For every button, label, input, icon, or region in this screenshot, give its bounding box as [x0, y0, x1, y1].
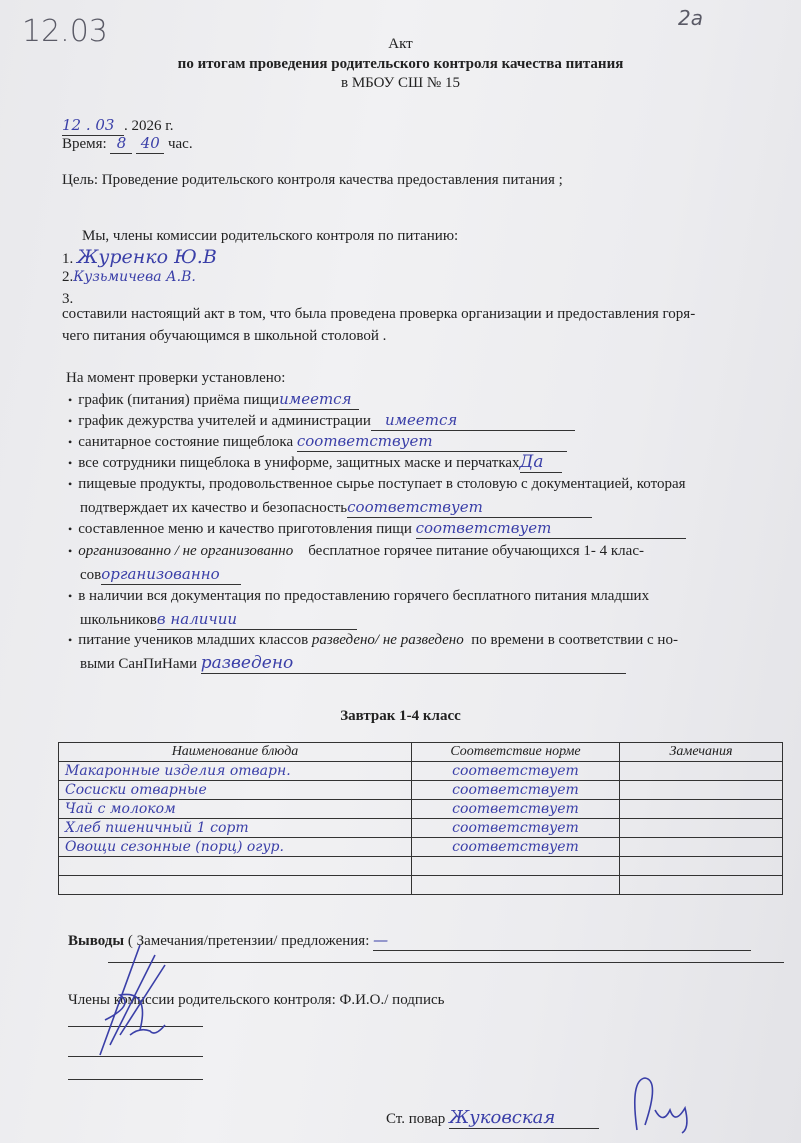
- conclusions-value: —: [373, 930, 751, 951]
- cook-signature: [625, 1070, 715, 1135]
- finding-separation: питание учеников младших классов разведе…: [68, 630, 678, 650]
- school-name: в МБОУ СШ № 15: [0, 75, 801, 92]
- cell-dish: Хлеб пшеничный 1 сорт: [59, 819, 412, 838]
- menu-table-title: Завтрак 1-4 класс: [0, 708, 801, 725]
- cell-rem: [620, 800, 783, 819]
- finding-uniform: все сотрудники пищеблока в униформе, защ…: [68, 452, 562, 473]
- table-row: Сосиски отварныесоответствует: [59, 781, 783, 800]
- member-2-name: Кузьмичева А.В.: [73, 269, 196, 285]
- col-header-dish: Наименование блюда: [59, 743, 412, 762]
- cell-rem: [620, 838, 783, 857]
- cell-comp: [412, 876, 620, 895]
- table-row: Макаронные изделия отварн.соответствует: [59, 762, 783, 781]
- cell-rem: [620, 819, 783, 838]
- cell-dish: Овощи сезонные (порц) огур.: [59, 838, 412, 857]
- finding-sanitary: санитарное состояние пищеблока соответст…: [68, 431, 567, 452]
- table-row: [59, 857, 783, 876]
- statement-line-2: чего питания обучающимся в школьной стол…: [62, 326, 386, 346]
- table-row: Хлеб пшеничный 1 сортсоответствует: [59, 819, 783, 838]
- finding-menu: составленное меню и качество приготовлен…: [68, 518, 686, 539]
- member-1: 1. Журенко Ю.В: [62, 247, 217, 269]
- finding-value: имеется: [279, 389, 359, 410]
- doc-title: Акт: [0, 36, 801, 53]
- date-year: . 2026 г.: [124, 118, 173, 134]
- finding-value: имеется: [371, 410, 575, 431]
- member-1-name: Журенко Ю.В: [77, 246, 217, 268]
- members-intro: Мы, члены комиссии родительского контрол…: [82, 226, 458, 246]
- time-hour: 8: [110, 133, 132, 154]
- finding-products: пищевые продукты, продовольственное сырь…: [68, 474, 686, 494]
- finding-value: Да: [520, 452, 562, 473]
- col-header-compliance: Соответствие норме: [412, 743, 620, 762]
- cell-dish: [59, 857, 412, 876]
- cell-comp: соответствует: [412, 838, 620, 857]
- table-row: [59, 876, 783, 895]
- finding-value: соответствует: [297, 431, 567, 452]
- finding-value: соответствует: [347, 497, 592, 518]
- cell-rem: [620, 857, 783, 876]
- finding-separation-cont: выми СанПиНами разведено: [80, 653, 626, 674]
- cell-comp: соответствует: [412, 800, 620, 819]
- cell-dish: Сосиски отварные: [59, 781, 412, 800]
- signature-line-3: [68, 1078, 203, 1080]
- cook-name: Жуковская: [449, 1108, 599, 1129]
- cook-line: Ст. повар Жуковская: [386, 1108, 599, 1129]
- finding-value: организованно: [101, 564, 241, 585]
- finding-documentation: в наличии вся документация по предоставл…: [68, 586, 649, 606]
- goal-text: Цель: Проведение родительского контроля …: [62, 170, 563, 190]
- member-signature-scribble: [80, 935, 200, 1065]
- cell-dish: Макаронные изделия отварн.: [59, 762, 412, 781]
- statement-line-1: составили настоящий акт в том, что была …: [62, 304, 695, 324]
- time-suffix: час.: [168, 136, 193, 152]
- finding-value: разведено: [201, 653, 626, 674]
- col-header-remarks: Замечания: [620, 743, 783, 762]
- finding-duty-schedule: график дежурства учителей и администраци…: [68, 410, 575, 431]
- cell-rem: [620, 876, 783, 895]
- cell-comp: соответствует: [412, 781, 620, 800]
- time-line: Время: 8 40 час.: [62, 133, 193, 154]
- finding-documentation-cont: школьниковв наличии: [80, 609, 357, 630]
- member-2: 2.Кузьмичева А.В.: [62, 267, 196, 287]
- corner-note-class: 2а: [678, 6, 703, 30]
- finding-value: в наличии: [157, 609, 357, 630]
- cell-rem: [620, 781, 783, 800]
- cell-dish: [59, 876, 412, 895]
- time-label: Время:: [62, 136, 107, 152]
- cell-comp: соответствует: [412, 819, 620, 838]
- menu-table: Наименование блюда Соответствие норме За…: [58, 742, 783, 895]
- finding-products-cont: подтверждает их качество и безопасностьс…: [80, 497, 592, 518]
- finding-free-meals-cont: соворганизованно: [80, 564, 241, 585]
- finding-meal-schedule: график (питания) приёма пищиимеется: [68, 389, 359, 410]
- cell-comp: соответствует: [412, 762, 620, 781]
- time-minute: 40: [136, 133, 164, 154]
- finding-value: соответствует: [416, 518, 686, 539]
- doc-subtitle: по итогам проведения родительского контр…: [0, 56, 801, 73]
- conclusions-line-2: [108, 962, 784, 963]
- cell-dish: Чай с молоком: [59, 800, 412, 819]
- table-row: Овощи сезонные (порц) огур.соответствует: [59, 838, 783, 857]
- cell-rem: [620, 762, 783, 781]
- findings-intro: На момент проверки установлено:: [66, 368, 285, 388]
- table-row: Чай с молокомсоответствует: [59, 800, 783, 819]
- finding-free-meals: организованно / не организованно бесплат…: [68, 541, 644, 561]
- cell-comp: [412, 857, 620, 876]
